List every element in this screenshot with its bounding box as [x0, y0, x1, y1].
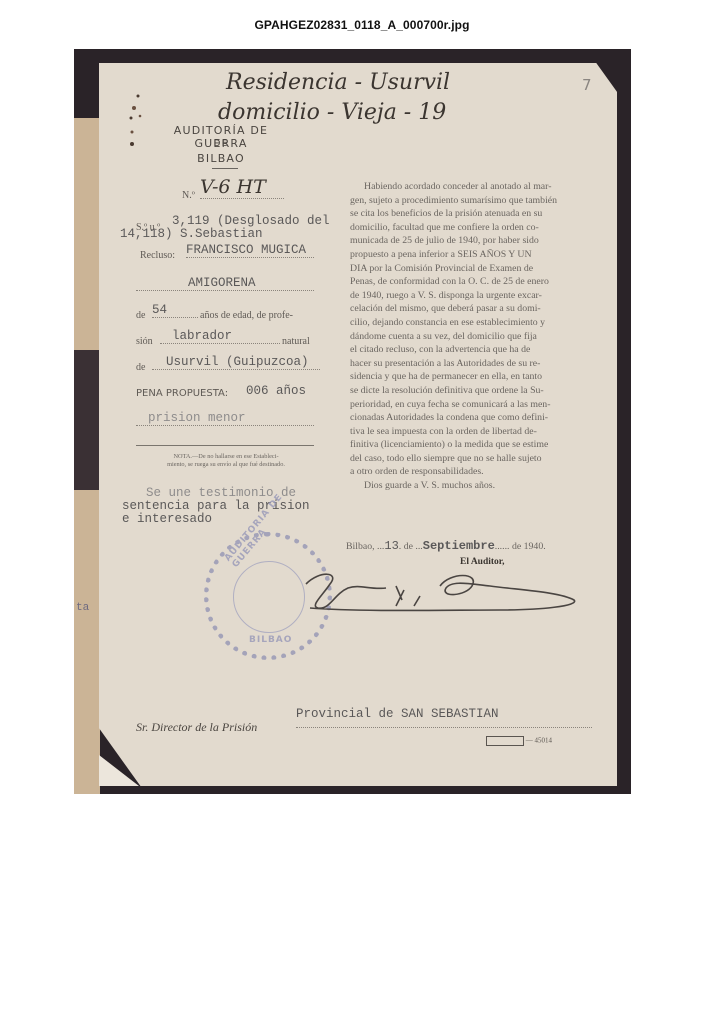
body-line: propuesto a pena inferior a SEIS AÑOS Y …	[350, 248, 612, 262]
body-line: gen, sujeto a procedimiento sumarísimo q…	[350, 194, 612, 208]
stamp-text-bottom: BILBAO	[249, 635, 292, 645]
body-line: tiva le sea impuesta con la orden de lib…	[350, 425, 612, 439]
page-number: 7	[582, 76, 592, 94]
recluso-label: Recluso:	[140, 250, 175, 261]
underlying-page-shadow	[74, 350, 100, 490]
date-place: Bilbao,	[346, 541, 375, 552]
date-day: 13	[384, 539, 398, 553]
origin-prefix: de	[136, 362, 145, 373]
profession-suffix: natural	[282, 336, 310, 347]
sumario-line2: 14,118) S.Sebastian	[120, 227, 263, 241]
body-line: a otro orden de responsabilidades.	[350, 465, 612, 479]
body-line: municada de 25 de julio de 1940, por hab…	[350, 234, 612, 248]
body-line: se cita los beneficios de la prisión ate…	[350, 207, 612, 221]
signature-icon	[300, 566, 600, 616]
body-line: el citado recluso, con la advertencia qu…	[350, 343, 612, 357]
form-code: — 45014	[486, 736, 552, 746]
age-suffix: años de edad, de profe-	[200, 310, 293, 321]
body-line: Penas, de conformidad con la O. C. de 25…	[350, 275, 612, 289]
nota-line2: miento, se ruega su envío al que fué des…	[136, 461, 316, 469]
handwritten-domicile-line: domicilio - Vieja - 19	[218, 100, 446, 125]
date-line: Bilbao, ...13. de ...Septiembre...... de…	[346, 540, 546, 554]
addressee-label: Sr. Director de la Prisión	[136, 720, 257, 735]
file-title: GPAHGEZ02831_0118_A_000700r.jpg	[0, 18, 724, 32]
nota-line1: NOTA.—De no hallarse en ese Estableci-	[136, 453, 316, 461]
closing-line: Dios guarde a V. S. muchos años.	[350, 479, 612, 493]
sumario-line1: 3,119 (Desglosado del	[172, 214, 330, 228]
pena-label: PENA PROPUESTA:	[136, 388, 228, 399]
printer-mark-icon	[486, 736, 524, 746]
date-de: de	[404, 541, 413, 552]
pena-value-line1: 006 años	[246, 384, 306, 398]
body-line: cilio, dejando constancia en ese estable…	[350, 316, 612, 330]
body-line: perioridad, en cuya fecha se comunicará …	[350, 398, 612, 412]
letterhead-de: DE	[146, 139, 296, 149]
handwritten-residence-line: Residencia - Usurvil	[226, 70, 450, 95]
origin-value: Usurvil (Guipuzcoa)	[152, 355, 320, 370]
recluso-name-line1: FRANCISCO MUGICA	[186, 243, 314, 258]
body-line: Habiendo acordado conceder al anotado al…	[350, 180, 612, 194]
body-line: del caso, todo ello siempre que no se ha…	[350, 452, 612, 466]
date-year: de 1940.	[512, 541, 546, 552]
body-line: domicilio, facultad que me confiere la o…	[350, 221, 612, 235]
letterhead-rule	[212, 168, 238, 169]
reference-value: V-6 HT	[200, 176, 284, 199]
stamp-emblem	[233, 561, 305, 633]
body-paragraph: Habiendo acordado conceder al anotado al…	[350, 180, 612, 493]
form-number: — 45014	[526, 737, 552, 745]
profession-prefix: sión	[136, 336, 153, 347]
body-line: se dicte la resolución definitiva que or…	[350, 384, 612, 398]
recluso-name-line2: AMIGORENA	[136, 276, 314, 291]
body-line: finitiva (licenciamiento) o la medida qu…	[350, 438, 612, 452]
body-line: de 1940, ruego a V. S. disponga la urgen…	[350, 289, 612, 303]
typed-note-line3: e interesado	[122, 512, 212, 526]
age-value: 54	[152, 303, 198, 318]
body-line: dándome cuenta a su vez, del domicilio q…	[350, 330, 612, 344]
body-line: hacer su presentación a las Autoridades …	[350, 357, 612, 371]
body-line: celación del mismo, que deberá pasar a s…	[350, 302, 612, 316]
addressee-value: Provincial de SAN SEBASTIAN	[296, 707, 592, 728]
body-line: cionadas Autoridades la condena que como…	[350, 411, 612, 425]
body-line: sidencia y que ha de permanecer en ella,…	[350, 370, 612, 384]
age-prefix: de	[136, 310, 145, 321]
body-line: DIA por la Comisión Provincial de Examen…	[350, 262, 612, 276]
profession-value: labrador	[160, 329, 280, 344]
reference-label: N.º	[182, 190, 195, 201]
pena-value-line2: prision menor	[136, 411, 314, 426]
date-month: Septiembre	[423, 539, 495, 553]
nota-rule	[136, 445, 314, 446]
letterhead-city: BILBAO	[146, 152, 296, 165]
underlying-page-text: ta	[76, 602, 89, 614]
